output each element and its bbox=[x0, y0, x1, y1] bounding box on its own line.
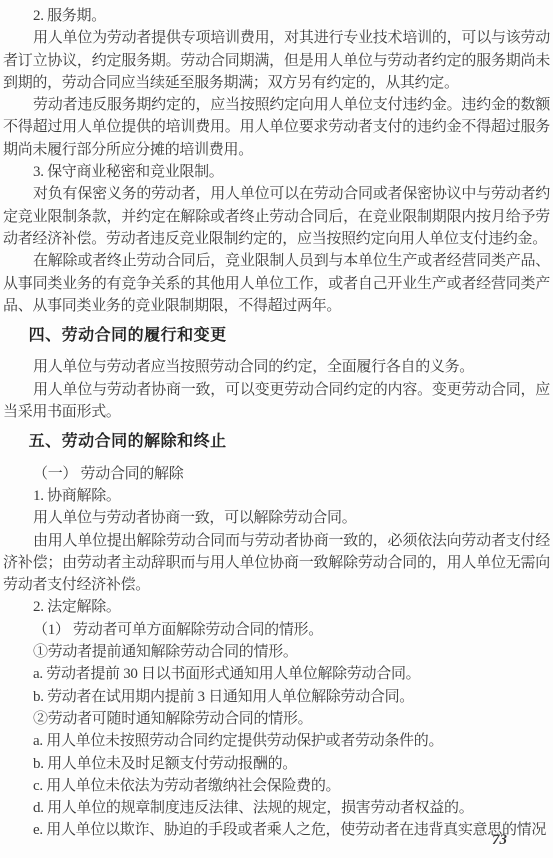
numbered-item: a. 劳动者提前 30 日以书面形式通知用人单位解除劳动合同。 bbox=[3, 663, 550, 685]
section-heading: 五、劳动合同的解除和终止 bbox=[3, 431, 550, 453]
numbered-item: ②劳动者可随时通知解除劳动合同的情形。 bbox=[3, 708, 550, 730]
body-paragraph: 劳动者违反服务期约定的，应当按照约定向用人单位支付违约金。违约金的数额不得超过用… bbox=[3, 94, 550, 161]
document-page: 2. 服务期。 用人单位为劳动者提供专项培训费用，对其进行专业技术培训的，可以与… bbox=[0, 0, 553, 858]
body-paragraph: 用人单位与劳动者协商一致，可以变更劳动合同约定的内容。变更劳动合同，应当采用书面… bbox=[3, 379, 550, 424]
body-paragraph: 在解除或者终止劳动合同后，竞业限制人员到与本单位生产或者经营同类产品、从事同类业… bbox=[3, 250, 550, 317]
numbered-item: d. 用人单位的规章制度违反法律、法规的规定，损害劳动者权益的。 bbox=[3, 797, 550, 819]
numbered-item: a. 用人单位未按照劳动合同约定提供劳动保护或者劳动条件的。 bbox=[3, 730, 550, 752]
numbered-item: 2. 服务期。 bbox=[3, 5, 550, 27]
body-paragraph: 用人单位与劳动者协商一致，可以解除劳动合同。 bbox=[3, 507, 550, 529]
numbered-item: 1. 协商解除。 bbox=[3, 485, 550, 507]
page-number: 73 bbox=[492, 832, 507, 849]
numbered-item: e. 用人单位以欺诈、胁迫的手段或者乘人之危，使劳动者在违背真实意思的情况 bbox=[3, 819, 550, 841]
numbered-item: （1） 劳动者可单方面解除劳动合同的情形。 bbox=[3, 619, 550, 641]
sub-section-heading: （一） 劳动合同的解除 bbox=[3, 463, 550, 485]
numbered-item: b. 劳动者在试用期内提前 3 日通知用人单位解除劳动合同。 bbox=[3, 686, 550, 708]
body-paragraph: 用人单位与劳动者应当按照劳动合同的约定，全面履行各自的义务。 bbox=[3, 356, 550, 378]
numbered-item: b. 用人单位未及时足额支付劳动报酬的。 bbox=[3, 753, 550, 775]
body-paragraph: 由用人单位提出解除劳动合同而与劳动者协商一致的，必须依法向劳动者支付经济补偿；由… bbox=[3, 530, 550, 597]
numbered-item: 2. 法定解除。 bbox=[3, 596, 550, 618]
numbered-item: 3. 保守商业秘密和竞业限制。 bbox=[3, 161, 550, 183]
numbered-item: c. 用人单位未依法为劳动者缴纳社会保险费的。 bbox=[3, 775, 550, 797]
numbered-item: ①劳动者提前通知解除劳动合同的情形。 bbox=[3, 641, 550, 663]
body-paragraph: 对负有保密义务的劳动者，用人单位可以在劳动合同或者保密协议中与劳动者约定竞业限制… bbox=[3, 183, 550, 250]
body-paragraph: 用人单位为劳动者提供专项培训费用，对其进行专业技术培训的，可以与该劳动者订立协议… bbox=[3, 27, 550, 94]
section-heading: 四、劳动合同的履行和变更 bbox=[3, 325, 550, 347]
